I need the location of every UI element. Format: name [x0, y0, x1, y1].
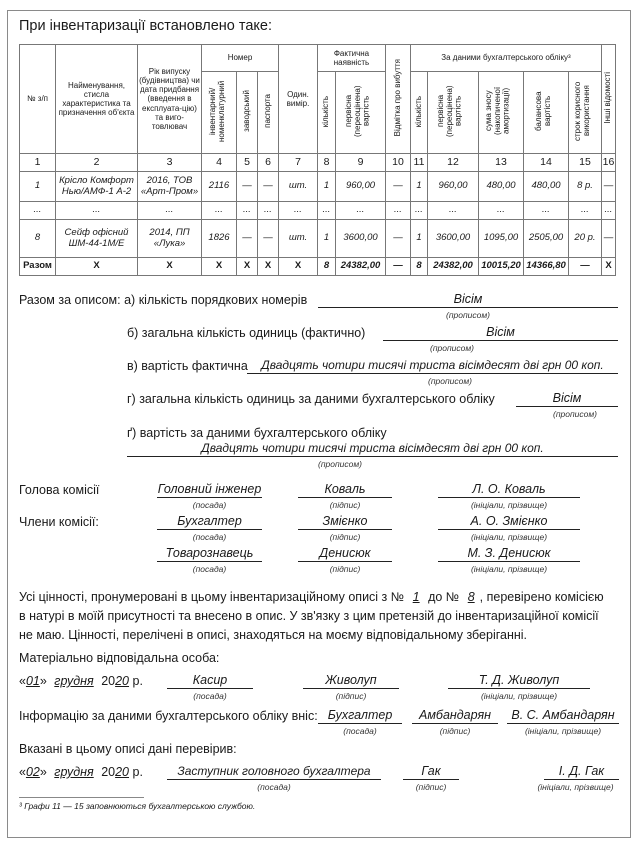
table-cell: 14366,80 — [524, 258, 569, 276]
checked-label: Вказані в цьому описі дані перевірив: — [19, 742, 237, 756]
caption-name: (ініціали, прізвище) — [507, 726, 619, 736]
table-cell: 8 — [20, 220, 56, 258]
header-fact-group: Фактична наявність — [318, 45, 386, 72]
table-cell: 7 — [279, 154, 318, 172]
responsible-name: Т. Д. Живолуп — [448, 673, 590, 689]
checked-signature: Гак — [403, 764, 459, 780]
total-row: РазомХХХХХХ824382,00—824382,0010015,2014… — [20, 258, 616, 276]
header-row-1: № з/п Найменування, стисла характеристик… — [20, 45, 616, 72]
commission-position: Головний інженер — [157, 482, 262, 498]
summary-g-value: Вісім — [516, 391, 618, 407]
header-c2: Найменування, стисла характеристика та п… — [56, 45, 138, 154]
table-cell: ... — [318, 202, 336, 220]
table-cell: Х — [279, 258, 318, 276]
caption-signature: (підпис) — [298, 564, 392, 574]
table-cell: ... — [237, 202, 258, 220]
table-cell: 11 — [411, 154, 428, 172]
table-cell: 1 — [411, 172, 428, 202]
responsible-position: Касир — [167, 673, 253, 689]
table-cell: 480,00 — [524, 172, 569, 202]
table-cell: ... — [428, 202, 479, 220]
caption-propysom: (прописом) — [400, 376, 500, 386]
header-c4: інвентарний/ номенклатурний — [209, 76, 229, 146]
table-cell: 12 — [428, 154, 479, 172]
table-cell: ... — [336, 202, 386, 220]
table-cell: 1 — [411, 220, 428, 258]
header-c9: первісна (переоцінена) вартість — [345, 79, 377, 143]
header-acc-group: За даними бухгалтерського обліку³ — [411, 45, 602, 72]
caption-signature: (підпис) — [403, 782, 459, 792]
table-cell: ... — [279, 202, 318, 220]
caption-propysom: (прописом) — [318, 310, 618, 320]
caption-signature: (підпис) — [298, 532, 392, 542]
footnote-divider — [19, 797, 144, 798]
caption-signature: (підпис) — [303, 691, 399, 701]
caption-name: (ініціали, прізвище) — [438, 564, 580, 574]
table-cell: ... — [258, 202, 279, 220]
table-cell: Х — [138, 258, 202, 276]
footnote: ³ Графи 11 — 15 заповнюються бухгалтерсь… — [19, 801, 255, 811]
statement-line-2: в натурі в моїй присутності та внесено в… — [19, 609, 599, 623]
table-cell: Х — [602, 258, 616, 276]
header-c7: Один. вимір. — [279, 45, 318, 154]
statement-line-3: не маю. Цінності, перелічені в описі, зн… — [19, 628, 527, 642]
commission-position: Бухгалтер — [157, 514, 262, 530]
table-cell: ... — [524, 202, 569, 220]
header-c14: балансова вартість — [535, 79, 557, 143]
caption-position: (посада) — [157, 564, 262, 574]
header-c12: первісна (переоцінена) вартість — [437, 79, 469, 143]
commission-members-label: Члени комісії: — [19, 515, 99, 529]
checked-position: Заступник головного бухгалтера — [167, 764, 381, 780]
table-cell: — — [258, 172, 279, 202]
table-cell: 10 — [386, 154, 411, 172]
table-cell: 1826 — [202, 220, 237, 258]
table-cell: 3600,00 — [428, 220, 479, 258]
summary-gg-label: ґ) вартість за даними бухгалтерського об… — [127, 426, 387, 440]
caption-position: (посада) — [167, 691, 253, 701]
table-cell: 2 — [56, 154, 138, 172]
table-cell: ... — [411, 202, 428, 220]
table-cell: 16 — [602, 154, 616, 172]
summary-gg-value: Двадцять чотири тисячі триста вісімдесят… — [127, 441, 618, 457]
accounting-name: В. С. Амбандарян — [507, 708, 619, 724]
table-cell: 13 — [479, 154, 524, 172]
table-cell: ... — [569, 202, 602, 220]
caption-position: (посада) — [167, 782, 381, 792]
table-cell: 1 — [318, 220, 336, 258]
accounting-position: Бухгалтер — [318, 708, 402, 724]
header-c3: Рік випуску (будівництва) чи дата придба… — [138, 45, 202, 154]
table-cell: — — [386, 220, 411, 258]
caption-name: (ініціали, прізвище) — [438, 532, 580, 542]
table-cell: 2505,00 — [524, 220, 569, 258]
table-cell: — — [237, 172, 258, 202]
summary-v-label: в) вартість фактична — [127, 359, 248, 373]
table-cell: Х — [258, 258, 279, 276]
table-cell: 960,00 — [336, 172, 386, 202]
header-c16: Інші відомості — [604, 72, 613, 124]
table-cell: Разом — [20, 258, 56, 276]
table-cell: Крісло Комфорт Нью/АМФ-1 А-2 — [56, 172, 138, 202]
table-cell: 14 — [524, 154, 569, 172]
caption-signature: (підпис) — [412, 726, 498, 736]
inventory-table: № з/п Найменування, стисла характеристик… — [19, 44, 616, 276]
caption-position: (посада) — [157, 500, 262, 510]
table-cell: 3 — [138, 154, 202, 172]
table-cell: шт. — [279, 172, 318, 202]
caption-propysom: (прописом) — [290, 459, 390, 469]
table-cell: 8 — [318, 154, 336, 172]
commission-position: Товарознавець — [157, 546, 262, 562]
table-cell: 4 — [202, 154, 237, 172]
summary-g-label: г) загальна кількість одиниць за даними … — [127, 392, 495, 406]
caption-propysom: (прописом) — [383, 343, 618, 353]
summary-a-value: Вісім — [318, 292, 618, 308]
statement-line-1: Усі цінності, пронумеровані в цьому інве… — [19, 590, 604, 604]
checked-date: «02» грудня 2020 р. — [19, 765, 143, 779]
summary-intro: Разом за описом: а) кількість порядкових… — [19, 293, 307, 307]
table-cell: 8 р. — [569, 172, 602, 202]
table-row: ........................................… — [20, 202, 616, 220]
table-cell: Сейф офісний ШМ-44-1М/Е — [56, 220, 138, 258]
table-cell: ... — [386, 202, 411, 220]
table-cell: — — [602, 172, 616, 202]
caption-name: (ініціали, прізвище) — [438, 500, 580, 510]
responsible-signature: Живолуп — [303, 673, 399, 689]
table-cell: 24382,00 — [336, 258, 386, 276]
table-cell: 960,00 — [428, 172, 479, 202]
table-cell: 6 — [258, 154, 279, 172]
table-cell: 1 — [20, 154, 56, 172]
table-cell: 3600,00 — [336, 220, 386, 258]
table-cell: шт. — [279, 220, 318, 258]
table-cell: 9 — [336, 154, 386, 172]
table-cell: ... — [138, 202, 202, 220]
column-numbers-row: 12345678910111213141516 — [20, 154, 616, 172]
caption-position: (посада) — [318, 726, 402, 736]
table-cell: — — [258, 220, 279, 258]
table-cell: 5 — [237, 154, 258, 172]
commission-signature: Денисюк — [298, 546, 392, 562]
header-c10: Відмітка про вибуття — [394, 59, 403, 136]
header-c8: кількість — [322, 96, 331, 127]
table-cell: Х — [237, 258, 258, 276]
table-cell: Х — [202, 258, 237, 276]
table-cell: 1095,00 — [479, 220, 524, 258]
table-cell: — — [386, 172, 411, 202]
table-cell: ... — [20, 202, 56, 220]
checked-name: І. Д. Гак — [544, 764, 619, 780]
table-row: 1Крісло Комфорт Нью/АМФ-1 А-22016, ТОВ «… — [20, 172, 616, 202]
commission-name: М. З. Денисюк — [438, 546, 580, 562]
commission-head-label: Голова комісії — [19, 483, 99, 497]
accounting-label: Інформацію за даними бухгалтерського обл… — [19, 709, 318, 723]
header-c1: № з/п — [20, 45, 56, 154]
table-cell: ... — [202, 202, 237, 220]
table-cell: ... — [56, 202, 138, 220]
header-c6: паспорта — [264, 94, 273, 128]
table-cell: 480,00 — [479, 172, 524, 202]
commission-name: Л. О. Коваль — [438, 482, 580, 498]
table-cell: 8 — [411, 258, 428, 276]
header-c11: кількість — [415, 96, 424, 127]
caption-position: (посада) — [157, 532, 262, 542]
header-c5: заводський — [243, 90, 252, 132]
table-cell: 1 — [318, 172, 336, 202]
caption-name: (ініціали, прізвище) — [448, 691, 590, 701]
table-cell: — — [602, 220, 616, 258]
table-cell: ... — [602, 202, 616, 220]
summary-b-label: б) загальна кількість одиниць (фактично) — [127, 326, 365, 340]
caption-signature: (підпис) — [298, 500, 392, 510]
summary-b-value: Вісім — [383, 325, 618, 341]
header-c15: строк корисного використання — [574, 75, 596, 147]
table-cell: — — [237, 220, 258, 258]
table-cell: 20 р. — [569, 220, 602, 258]
section-title: При інвентаризації встановлено таке: — [19, 18, 272, 34]
table-cell: 15 — [569, 154, 602, 172]
table-cell: 24382,00 — [428, 258, 479, 276]
table-row: 8Сейф офісний ШМ-44-1М/Е2014, ПП «Лука»1… — [20, 220, 616, 258]
responsible-date: «01» грудня 2020 р. — [19, 674, 143, 688]
table-cell: 2014, ПП «Лука» — [138, 220, 202, 258]
table-cell: 10015,20 — [479, 258, 524, 276]
responsible-label: Матеріально відповідальна особа: — [19, 651, 219, 665]
table-cell: 2116 — [202, 172, 237, 202]
table-cell: — — [569, 258, 602, 276]
table-cell: Х — [56, 258, 138, 276]
table-cell: ... — [479, 202, 524, 220]
caption-name: (ініціали, прізвище) — [528, 782, 623, 792]
table-cell: 8 — [318, 258, 336, 276]
table-cell: 1 — [20, 172, 56, 202]
accounting-signature: Амбандарян — [412, 708, 498, 724]
table-cell: — — [386, 258, 411, 276]
caption-propysom: (прописом) — [525, 409, 625, 419]
header-c13: сума зносу (накопиченої амортизації) — [485, 79, 517, 143]
header-nomer-group: Номер — [202, 45, 279, 72]
table-cell: 2016, ТОВ «Арт-Пром» — [138, 172, 202, 202]
commission-signature: Змієнко — [298, 514, 392, 530]
commission-name: А. О. Змієнко — [438, 514, 580, 530]
summary-v-value: Двадцять чотири тисячі триста вісімдесят… — [247, 358, 618, 374]
commission-signature: Коваль — [298, 482, 392, 498]
